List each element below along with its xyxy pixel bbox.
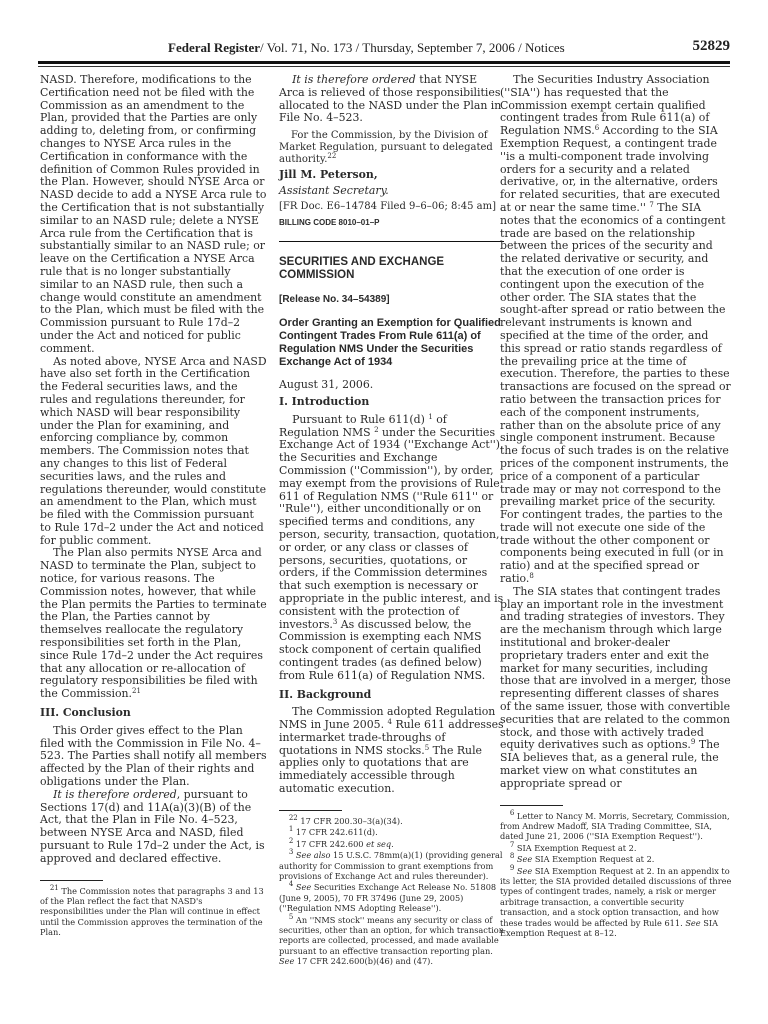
paragraph: NASD. Therefore, modifications to the Ce… [40, 74, 268, 356]
paragraph: The Plan also permits NYSE Arca and NASD… [40, 547, 268, 701]
column-1: NASD. Therefore, modifications to the Ce… [40, 74, 268, 939]
fr-doc-line: [FR Doc. E6–14784 Filed 9–6–06; 8:45 am] [279, 201, 504, 214]
billing-code: BILLING CODE 8010–01–P [279, 217, 504, 230]
footnote-8: 8 See SIA Exemption Request at 2. [500, 854, 732, 864]
footnote-22: 22 17 CFR 200.30–3(a)(34). [279, 816, 504, 826]
footnotes: 22 17 CFR 200.30–3(a)(34). 1 17 CFR 242.… [279, 816, 504, 967]
delegation-paragraph: For the Commission, by the Division of M… [279, 130, 504, 166]
publication-name: Federal Register [168, 40, 260, 55]
footnote-6: 6 Letter to Nancy M. Morris, Secretary, … [500, 811, 732, 842]
footnote-2: 2 17 CFR 242.600 et seq. [279, 839, 504, 849]
column-3: The Securities Industry Association (''S… [500, 74, 732, 940]
footnote-4: 4 See Securities Exchange Act Release No… [279, 882, 504, 913]
footnote-5: 5 An ''NMS stock'' means any security or… [279, 915, 504, 967]
section-heading-introduction: I. Introduction [279, 396, 504, 409]
footnote-21: 21 The Commission notes that paragraphs … [40, 886, 268, 938]
issue-info: / Vol. 71, No. 173 / Thursday, September… [260, 40, 565, 55]
paragraph: The Commission adopted Regulation NMS in… [279, 706, 504, 796]
signer-name: Jill M. Peterson, [279, 169, 504, 182]
footnote-9: 9 See SIA Exemption Request at 2. In an … [500, 866, 732, 939]
running-header: Federal Register/ Vol. 71, No. 173 / Thu… [38, 38, 730, 60]
paragraph: As noted above, NYSE Arca and NASD have … [40, 356, 268, 548]
release-number: [Release No. 34–54389] [279, 294, 504, 307]
paragraph: The SIA states that contingent trades pl… [500, 586, 732, 791]
section-heading-background: II. Background [279, 689, 504, 702]
section-separator [279, 241, 504, 242]
paragraph: This Order gives effect to the Plan file… [40, 725, 268, 789]
footnote-divider [40, 880, 103, 881]
footnotes: 6 Letter to Nancy M. Morris, Secretary, … [500, 811, 732, 939]
page-number: 52829 [693, 38, 731, 55]
footnote-3: 3 See also 15 U.S.C. 78mm(a)(1) (providi… [279, 850, 504, 881]
document-date: August 31, 2006. [279, 379, 504, 392]
footnote-1: 1 17 CFR 242.611(d). [279, 827, 504, 837]
header-rule-thick [38, 61, 730, 64]
paragraph: The Securities Industry Association (''S… [500, 74, 732, 586]
header-rule-thin [38, 66, 730, 67]
agency-heading: SECURITIES AND EXCHANGE COMMISSION [279, 256, 504, 282]
paragraph: It is therefore ordered that NYSE Arca i… [279, 74, 504, 125]
paragraph: It is therefore ordered, pursuant to Sec… [40, 789, 268, 866]
document-title: Order Granting an Exemption for Qualifie… [279, 317, 504, 369]
section-heading-conclusion: III. Conclusion [40, 707, 268, 720]
footnote-7: 7 SIA Exemption Request at 2. [500, 843, 732, 853]
column-2: It is therefore ordered that NYSE Arca i… [279, 74, 504, 968]
signer-title: Assistant Secretary. [279, 185, 504, 198]
footnotes: 21 The Commission notes that paragraphs … [40, 886, 268, 938]
footnote-ref[interactable]: 21 [132, 687, 141, 695]
footnote-divider [279, 810, 342, 811]
footnote-divider [500, 805, 563, 806]
footnote-ref[interactable]: 22 [327, 152, 336, 160]
footnote-ref[interactable]: 8 [529, 572, 533, 580]
header-title: Federal Register/ Vol. 71, No. 173 / Thu… [168, 40, 565, 56]
paragraph: Pursuant to Rule 611(d) 1 of Regulation … [279, 414, 504, 683]
